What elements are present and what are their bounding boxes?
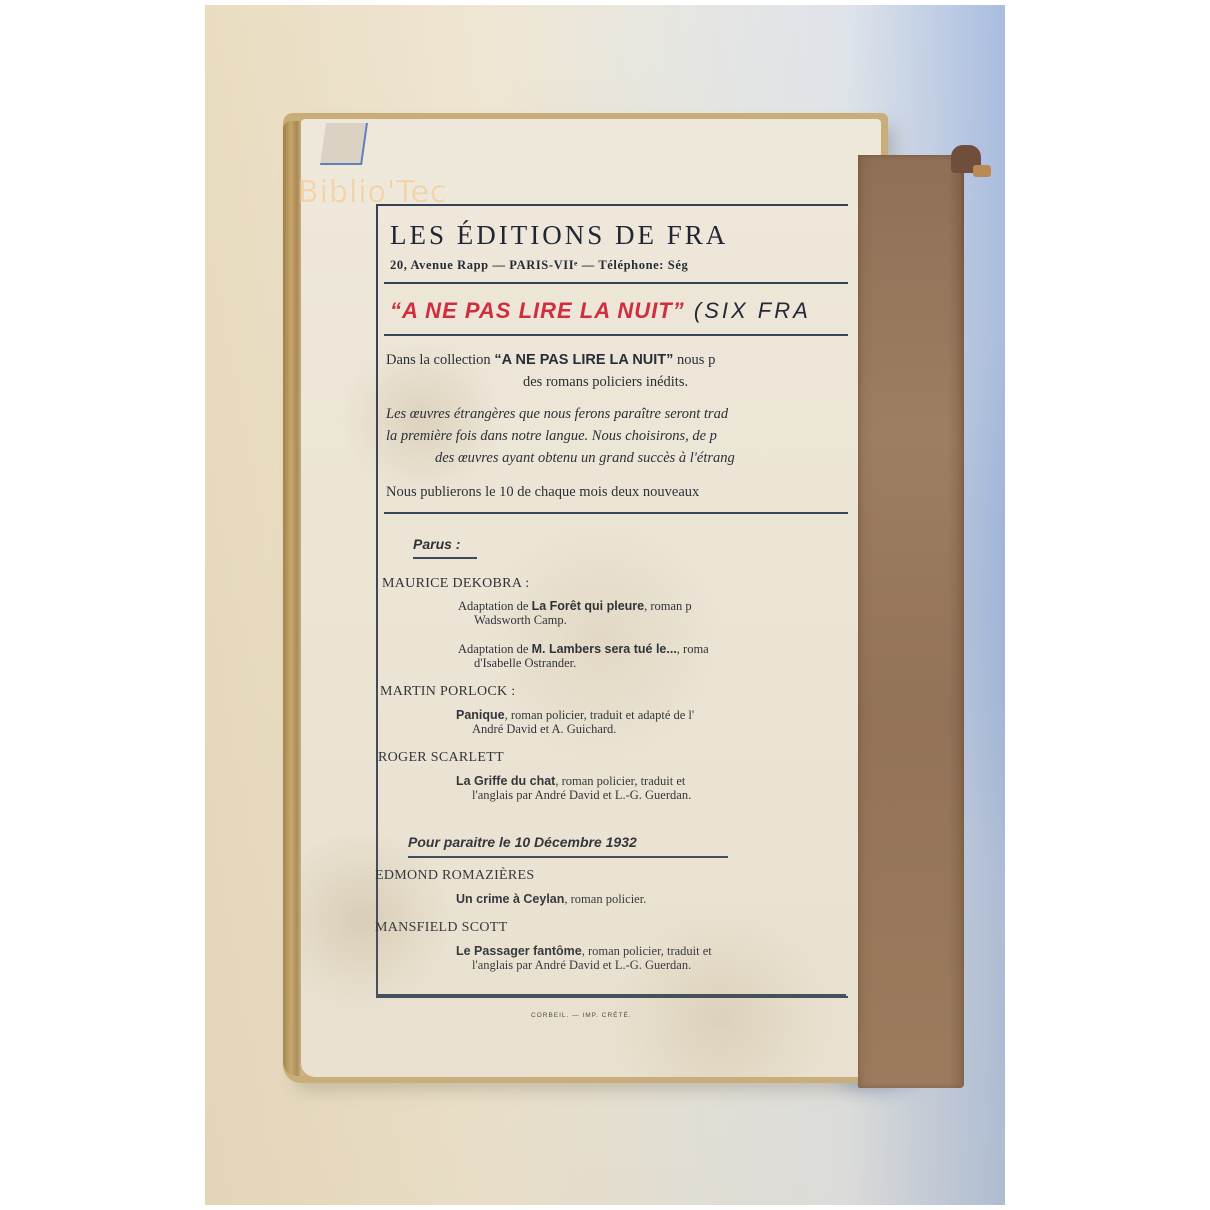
author-name: MAURICE DEKOBRA : (382, 576, 529, 592)
work-title: Le Passager fantôme (456, 944, 582, 958)
work-suffix: , roman policier. (564, 892, 646, 906)
work-line-2: André David et A. Guichard. (456, 722, 616, 736)
work-title: M. Lambers sera tué le... (532, 642, 677, 656)
work-entry: La Griffe du chat, roman policier, tradu… (456, 774, 691, 802)
watermark: Biblio'Tec (298, 175, 447, 210)
italic-line-2: la première fois dans notre langue. Nous… (386, 428, 717, 445)
work-title: Panique (456, 708, 505, 722)
rule (384, 282, 848, 284)
work-suffix: , roman policier, traduit et (582, 944, 712, 958)
book-photo: LES ÉDITIONS DE FRA 20, Avenue Rapp — PA… (205, 5, 1005, 1205)
rule (384, 512, 848, 514)
published-heading: Parus : (413, 536, 460, 552)
publisher-name: LES ÉDITIONS DE FRA (390, 220, 728, 251)
frame-bottom-rule (376, 994, 846, 996)
intro-suffix: nous p (673, 352, 715, 368)
collection-title: “A NE PAS LIRE LA NUIT” (SIX FRA (390, 298, 811, 324)
book-back-cover: LES ÉDITIONS DE FRA 20, Avenue Rapp — PA… (283, 113, 888, 1083)
intro-line-2: des romans policiers inédits. (523, 374, 688, 391)
author-name: ROGER SCARLETT (378, 750, 504, 766)
advertisement-frame: LES ÉDITIONS DE FRA 20, Avenue Rapp — PA… (376, 204, 848, 998)
intro-prefix: Dans la collection (386, 352, 494, 368)
work-suffix: , roman policier, traduit et adapté de l… (505, 708, 695, 722)
paper-tape-strip (858, 155, 964, 1088)
rule (384, 334, 848, 336)
work-title: La Forêt qui pleure (532, 599, 645, 613)
work-line-2: Wadsworth Camp. (458, 613, 567, 627)
work-line-2: l'anglais par André David et L.-G. Guerd… (456, 958, 691, 972)
cover-paper: LES ÉDITIONS DE FRA 20, Avenue Rapp — PA… (301, 119, 881, 1077)
author-name: MARTIN PORLOCK : (380, 684, 515, 700)
work-entry: Adaptation de M. Lambers sera tué le...,… (458, 642, 709, 670)
folded-corner (320, 123, 368, 165)
work-title: La Griffe du chat (456, 774, 555, 788)
printer-credit: CORBEIL. — IMP. CRÉTÉ. (531, 1012, 632, 1019)
work-prefix: Adaptation de (458, 642, 532, 656)
italic-line-3: des œuvres ayant obtenu un grand succès … (435, 450, 735, 467)
work-entry: Adaptation de La Forêt qui pleure, roman… (458, 599, 692, 627)
work-line-2: l'anglais par André David et L.-G. Guerd… (456, 788, 691, 802)
intro-collection: “A NE PAS LIRE LA NUIT” (494, 352, 673, 368)
tape-curl (973, 165, 991, 177)
publisher-address: 20, Avenue Rapp — PARIS-VIIᵉ — Téléphone… (390, 258, 688, 273)
published-underline (413, 557, 477, 559)
italic-line-1: Les œuvres étrangères que nous ferons pa… (386, 406, 728, 423)
work-prefix: Adaptation de (458, 599, 532, 613)
work-entry: Le Passager fantôme, roman policier, tra… (456, 944, 712, 972)
book-spine-edge (283, 121, 303, 1076)
monthly-note: Nous publierons le 10 de chaque mois deu… (386, 484, 699, 501)
work-line-2: d'Isabelle Ostrander. (458, 656, 576, 670)
work-suffix: , roman p (644, 599, 692, 613)
author-name: EDMOND ROMAZIÈRES (375, 868, 535, 884)
collection-name: “A NE PAS LIRE LA NUIT” (390, 298, 685, 323)
collection-price: (SIX FRA (685, 298, 811, 323)
work-entry: Un crime à Ceylan, roman policier. (456, 892, 646, 906)
intro-line-1: Dans la collection “A NE PAS LIRE LA NUI… (386, 352, 715, 369)
work-title: Un crime à Ceylan (456, 892, 564, 906)
author-name: MANSFIELD SCOTT (375, 920, 507, 936)
work-entry: Panique, roman policier, traduit et adap… (456, 708, 694, 736)
upcoming-heading: Pour paraitre le 10 Décembre 1932 (408, 834, 637, 850)
work-suffix: , roma (677, 642, 709, 656)
work-suffix: , roman policier, traduit et (555, 774, 685, 788)
upcoming-underline (408, 856, 728, 858)
